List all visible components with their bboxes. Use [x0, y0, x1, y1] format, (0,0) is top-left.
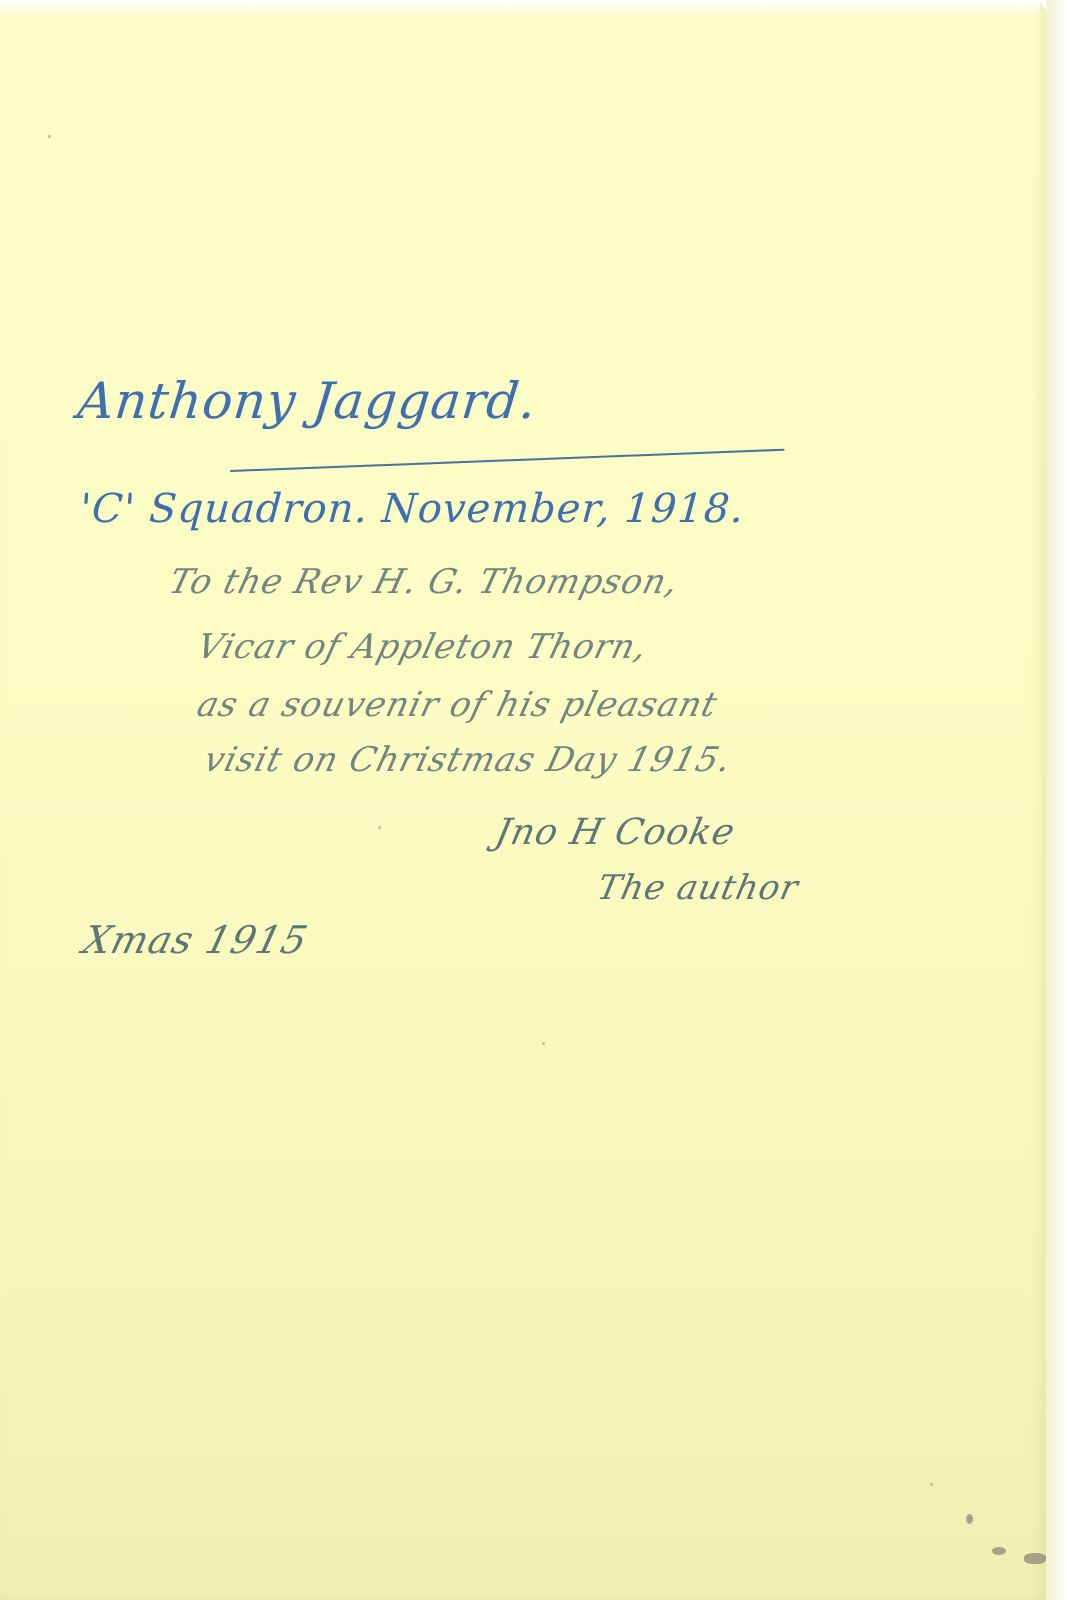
author-signature: Jno H Cooke	[492, 812, 739, 853]
owner-name: Anthony Jaggard.	[75, 372, 540, 430]
paper-speck	[542, 1042, 545, 1045]
signature-title: The author	[594, 868, 802, 908]
paper-blemish	[966, 1514, 973, 1524]
name-underline	[230, 449, 785, 472]
book-page: Anthony Jaggard. 'C' Squadron. November,…	[0, 0, 1046, 1600]
inscription-date: Xmas 1915	[79, 918, 313, 962]
paper-blemish	[1024, 1553, 1046, 1564]
paper-speck	[48, 135, 51, 138]
inscription-line: Vicar of Appleton Thorn,	[193, 627, 652, 667]
inscription-line: visit on Christmas Day 1915.	[200, 740, 736, 780]
inscription-line: To the Rev H. G. Thompson,	[165, 562, 683, 602]
page-edge-background	[1046, 0, 1067, 1600]
inscription-line: as a souvenir of his pleasant	[193, 685, 722, 725]
paper-speck	[930, 1483, 933, 1486]
paper-speck	[378, 826, 381, 829]
squadron-date: 'C' Squadron. November, 1918.	[78, 486, 745, 532]
page-top-edge	[0, 0, 1040, 18]
paper-blemish	[992, 1547, 1006, 1555]
